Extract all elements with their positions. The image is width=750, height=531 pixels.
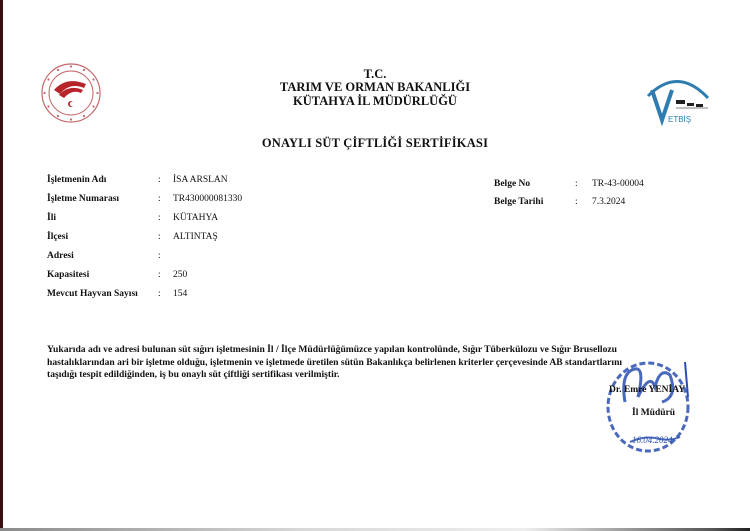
colon: : <box>158 270 161 280</box>
official-stamp-icon: 16.04.2024 <box>600 357 700 457</box>
statement-line-3: taşıdığı tespit edildiğinden, iş bu onay… <box>47 369 677 382</box>
certificate-title: ONAYLI SÜT ÇİFTLİĞİ SERTİFİKASI <box>0 136 750 151</box>
statement-line-2: hastalıklarından ari bir işletme olduğu,… <box>47 357 677 370</box>
value-province: KÜTAHYA <box>173 213 218 223</box>
colon: : <box>158 251 161 261</box>
label-animal-count: Mevcut Hayvan Sayısı <box>47 289 138 299</box>
label-district: İlçesi <box>47 232 68 242</box>
label-document-date: Belge Tarihi <box>494 197 543 207</box>
label-province: İli <box>47 213 56 223</box>
colon: : <box>158 213 161 223</box>
signatory-title: İl Müdürü <box>632 408 675 418</box>
header-ministry: TARIM VE ORMAN BAKANLIĞI <box>0 80 750 94</box>
colon: : <box>575 179 578 189</box>
colon: : <box>158 175 161 185</box>
value-business-name: İSA ARSLAN <box>173 175 228 185</box>
label-business-number: İşletme Numarası <box>47 194 119 204</box>
value-business-number: TR430000081330 <box>173 194 242 204</box>
label-business-name: İşletmenin Adı <box>47 175 106 185</box>
value-capacity: 250 <box>173 270 187 280</box>
certification-statement: Yukarıda adı ve adresi bulunan süt sığır… <box>47 344 677 382</box>
value-district: ALTINTAŞ <box>173 232 218 242</box>
header-tc: T.C. <box>0 67 750 81</box>
signatory-name: Dr. Emre YENİAY <box>609 385 685 395</box>
colon: : <box>158 289 161 299</box>
statement-line-1: Yukarıda adı ve adresi bulunan süt sığır… <box>47 344 677 357</box>
header-directorate: KÜTAHYA İL MÜDÜRLÜĞÜ <box>0 94 750 108</box>
value-document-no: TR-43-00004 <box>592 179 644 189</box>
colon: : <box>158 194 161 204</box>
value-animal-count: 154 <box>173 289 187 299</box>
handwritten-date: 16.04.2024 <box>632 435 673 445</box>
colon: : <box>158 232 161 242</box>
colon: : <box>575 197 578 207</box>
label-address: Adresi <box>47 251 74 261</box>
vetbis-text: ETBİŞ <box>668 115 691 124</box>
value-document-date: 7.3.2024 <box>592 197 625 207</box>
label-document-no: Belge No <box>494 179 530 189</box>
label-capacity: Kapasitesi <box>47 270 89 280</box>
